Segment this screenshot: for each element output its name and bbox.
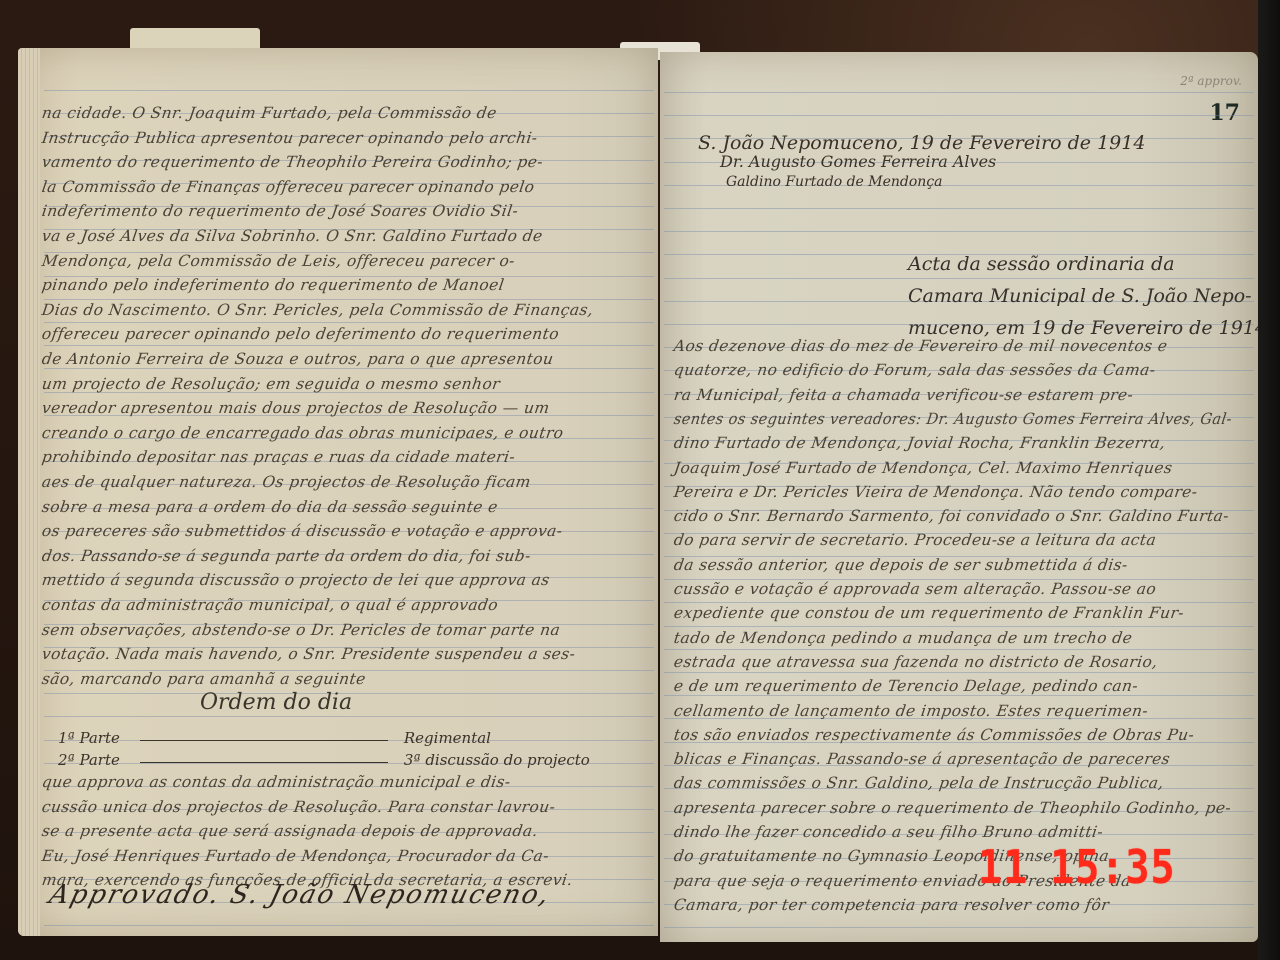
handwritten-line: sem observações, abstendo-se o Dr. Peric… <box>41 621 562 639</box>
handwritten-line: vereador apresentou mais dous projectos … <box>41 399 551 417</box>
parte-2-value: 3ª discussão do projecto <box>404 751 590 769</box>
handwritten-line: prohibindo depositar nas praças e ruas d… <box>41 448 517 466</box>
handwritten-line: Eu, José Henriques Furtado de Mendonça, … <box>41 847 550 865</box>
ruled-line <box>664 695 1254 696</box>
handwritten-line: cellamento de lançamento de imposto. Est… <box>673 702 1150 720</box>
handwritten-line: e de um requerimento de Terencio Delage,… <box>673 677 1140 695</box>
timestamp-time: 15:35 <box>1050 842 1175 895</box>
minutes-title: Acta da sessão ordinaria da Camara Munic… <box>908 248 1248 344</box>
handwritten-line: Aos dezenove dias do mez de Fevereiro de… <box>673 337 1169 355</box>
handwritten-line: Camara, por ter competencia para resolve… <box>673 896 1111 914</box>
handwritten-line: creando o cargo de encarregado das obras… <box>41 424 565 442</box>
display-case-frame <box>1258 0 1280 960</box>
handwritten-line: mettido á segunda discussão o projecto d… <box>41 571 551 589</box>
camera-timestamp: 1115:35 <box>978 842 1176 895</box>
timestamp-day: 11 <box>978 842 1028 895</box>
corner-annotation: 2ª approv. <box>1180 74 1242 88</box>
ruled-line <box>664 208 1254 209</box>
ruled-line <box>664 927 1254 928</box>
handwritten-line: Dias do Nascimento. O Snr. Pericles, pel… <box>41 301 595 319</box>
handwritten-line: tos são enviados respectivamente ás Comm… <box>673 726 1196 744</box>
handwritten-line: ra Municipal, feita a chamada verificou-… <box>673 386 1135 404</box>
minutes-title-line: Acta da sessão ordinaria da <box>908 248 1248 280</box>
ruled-line <box>664 231 1254 232</box>
parte-1-underline <box>140 740 388 741</box>
ruled-line <box>44 299 654 300</box>
handwritten-line: da sessão anterior, que depois de ser su… <box>673 556 1129 574</box>
handwritten-line: cido o Snr. Bernardo Sarmento, foi convi… <box>673 507 1230 525</box>
handwritten-line: la Commissão de Finanças offereceu parec… <box>41 178 536 196</box>
handwritten-line: Pereira e Dr. Pericles Vieira de Mendonç… <box>673 483 1199 501</box>
handwritten-line: os pareceres são submettidos á discussão… <box>41 522 564 540</box>
left-page: na cidade. O Snr. Joaquim Furtado, pela … <box>18 48 658 936</box>
minutes-title-line: Camara Municipal de S. João Nepo- <box>908 280 1248 312</box>
ruled-line <box>664 672 1254 673</box>
parte-2-row: 2ª Parte3ª discussão do projecto <box>58 751 590 769</box>
handwritten-line: das commissões o Snr. Galdino, pela de I… <box>673 774 1165 792</box>
right-page: 2ª approv. 17 S. João Nepomuceno, 19 de … <box>660 52 1258 942</box>
handwritten-line: são, marcando para amanhã a seguinte <box>41 670 367 688</box>
ruled-line <box>44 368 654 369</box>
handwritten-line: um projecto de Resolução; em seguida o m… <box>41 375 502 393</box>
handwritten-line: quatorze, no edificio do Forum, sala das… <box>673 361 1157 379</box>
header-place-date: S. João Nepomuceno, 19 de Fevereiro de 1… <box>698 132 1145 154</box>
handwritten-line: votação. Nada mais havendo, o Snr. Presi… <box>41 645 577 663</box>
handwritten-line: que approva as contas da administração m… <box>41 773 512 791</box>
handwritten-line: dos. Passando-se á segunda parte da orde… <box>41 547 532 565</box>
handwritten-line: de Antonio Ferreira de Souza e outros, p… <box>41 350 555 368</box>
handwritten-line: Instrucção Publica apresentou parecer op… <box>41 129 539 147</box>
ruled-line <box>44 716 654 717</box>
handwritten-line: va e José Alves da Silva Sobrinho. O Snr… <box>41 227 544 245</box>
handwritten-line: expediente que constou de um requeriment… <box>673 604 1186 622</box>
ruled-line <box>44 90 654 91</box>
handwritten-line: na cidade. O Snr. Joaquim Furtado, pela … <box>41 104 498 122</box>
handwritten-line: contas da administração municipal, o qua… <box>41 596 500 614</box>
ruled-line <box>44 925 654 926</box>
handwritten-line: tado de Mendonça pedindo a mudança de um… <box>673 629 1134 647</box>
handwritten-line: estrada que atravessa sua fazenda no dis… <box>673 653 1159 671</box>
parte-2-label: 2ª Parte <box>58 751 120 769</box>
handwritten-line: Joaquim José Furtado de Mendonça, Cel. M… <box>673 459 1174 477</box>
ruled-line <box>664 92 1254 93</box>
handwritten-line: se a presente acta que será assignada de… <box>41 822 539 840</box>
ordem-do-dia-heading: Ordem do dia <box>200 690 352 715</box>
handwritten-line: cussão unica dos projectos de Resolução.… <box>41 798 557 816</box>
handwritten-line: cussão e votação é approvada sem alteraç… <box>673 580 1158 598</box>
handwritten-line: apresenta parecer sobre o requerimento d… <box>673 799 1233 817</box>
handwritten-line: pinando pelo indeferimento do requerimen… <box>41 276 506 294</box>
ruled-line <box>44 345 654 346</box>
parte-1-value: Regimental <box>404 729 491 747</box>
ruled-line <box>44 322 654 323</box>
handwritten-line: vamento do requerimento de Theophilo Per… <box>41 153 545 171</box>
parte-2-underline <box>140 762 388 763</box>
ruled-line <box>664 626 1254 627</box>
handwritten-line: aes de qualquer natureza. Os projectos d… <box>41 473 532 491</box>
ruled-line <box>664 115 1254 116</box>
parte-1-label: 1ª Parte <box>58 729 120 747</box>
handwritten-line: sobre a mesa para a ordem do dia da sess… <box>41 498 499 516</box>
handwritten-line: do para servir de secretario. Procedeu-s… <box>673 531 1158 549</box>
header-president-signature: Dr. Augusto Gomes Ferreira Alves <box>720 152 996 171</box>
parte-1-row: 1ª ParteRegimental <box>58 729 491 747</box>
handwritten-line: dindo lhe fazer concedido a seu filho Br… <box>673 823 1105 841</box>
handwritten-line: dino Furtado de Mendonça, Jovial Rocha, … <box>673 434 1167 452</box>
header-secretary-signature: Galdino Furtado de Mendonça <box>726 174 943 190</box>
ruled-line <box>664 649 1254 650</box>
handwritten-line: indeferimento do requerimento de José So… <box>41 202 520 220</box>
approval-signature: Approvado. S. João Nepomuceno, <box>46 880 554 910</box>
page-number: 17 <box>1209 100 1240 126</box>
page-stack-edge <box>18 48 40 936</box>
handwritten-line: offereceu parecer opinando pelo deferime… <box>41 325 561 343</box>
handwritten-line: sentes os seguintes vereadores: Dr. Augu… <box>673 410 1233 428</box>
handwritten-line: blicas e Finanças. Passando-se á apresen… <box>673 750 1172 768</box>
handwritten-line: Mendonça, pela Commissão de Leis, offere… <box>41 252 516 270</box>
